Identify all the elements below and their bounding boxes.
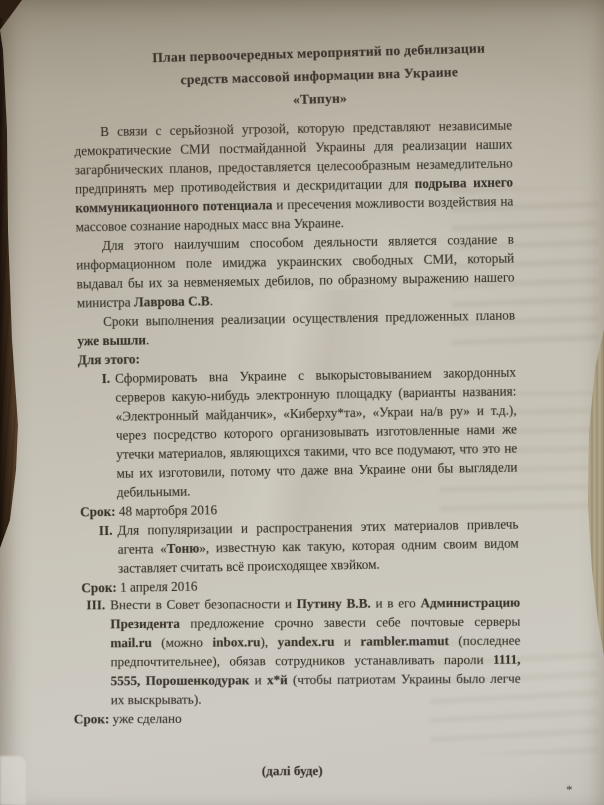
list-item-3-text: Внести в Совет безопасности и Путину В.В… [110, 593, 521, 710]
paragraph-method: Для этого наилучшим способом деяльности … [76, 230, 515, 313]
under-sheet-edge [0, 756, 26, 805]
list-item-2-text: Для популяризации и распространения этих… [117, 515, 519, 578]
page-asterisk: * [566, 782, 573, 798]
document-text: План первоочередных мероприятий по дебил… [73, 39, 523, 784]
list-item-1-numeral: I. [78, 369, 110, 389]
list-item-2: II. Для популяризации и распространения … [80, 515, 519, 579]
photo-frame: План первоочередных мероприятий по дебил… [0, 0, 604, 805]
footer-note: (далі буде) [62, 760, 522, 781]
deadline-3-value: уже сделано [113, 711, 182, 726]
deadline-line-3: Срок: уже сделано [74, 707, 521, 729]
deadline-2-label: Срок: [81, 580, 117, 596]
paragraph-threat: В связи с серьйозной угрозой, которую пр… [74, 116, 514, 237]
list-item-3: III. Внести в Совет безопасности и Путин… [73, 593, 521, 710]
list-item-1: I. Сформировать вна Украине с выкорыстов… [78, 363, 518, 503]
document-title: План первоочередных мероприятий по дебил… [72, 36, 512, 118]
list-item-2-numeral: II. [80, 521, 112, 541]
deadline-1-value: 48 мартобря 2016 [119, 502, 217, 519]
paper-sheet: План первоочередных мероприятий по дебил… [0, 0, 604, 805]
deadline-1-label: Срок: [80, 504, 116, 520]
list-item-3-numeral: III. [73, 595, 105, 614]
deadline-2-value: 1 апреля 2016 [120, 579, 198, 595]
deadline-3-label: Срок: [74, 711, 110, 726]
lower-block: III. Внести в Совет безопасности и Путин… [73, 593, 521, 729]
list-item-1-text: Сформировать вна Украине с выкорыстовыва… [115, 363, 518, 502]
